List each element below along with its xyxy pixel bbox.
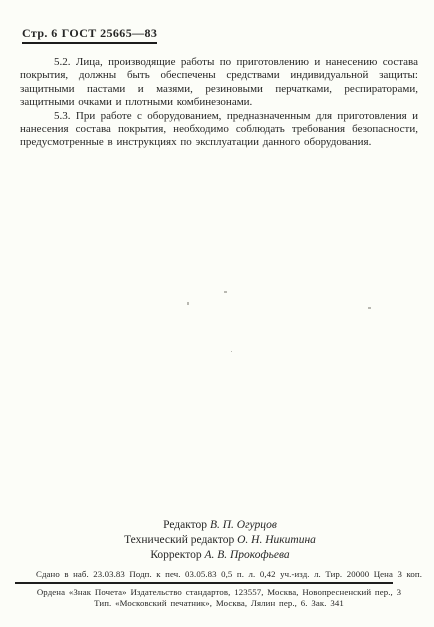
credit-role: Редактор xyxy=(163,519,207,531)
credit-name: О. Н. Никитина xyxy=(237,534,316,546)
scan-speck xyxy=(187,302,189,305)
credit-proofreader: Корректор А. В. Прокофьева xyxy=(20,548,420,563)
credit-editor: Редактор В. П. Огурцов xyxy=(20,518,420,533)
imprint-divider xyxy=(15,582,393,584)
paragraph-5-3: 5.3. При работе с оборудованием, предназ… xyxy=(20,110,418,150)
publisher-line-2: Тип. «Московский печатник», Москва, Ляли… xyxy=(18,598,420,609)
running-head: Стр. 6ГОСТ 25665—83 xyxy=(22,26,157,44)
scan-speck xyxy=(224,291,227,293)
page-number-label: Стр. 6 xyxy=(22,26,58,40)
credit-role: Корректор xyxy=(150,549,201,561)
document-page: Стр. 6ГОСТ 25665—83 5.2. Лица, производя… xyxy=(0,0,434,627)
credit-name: А. В. Прокофьева xyxy=(204,549,289,561)
credits-block: Редактор В. П. Огурцов Технический редак… xyxy=(20,518,420,563)
standard-number: ГОСТ 25665—83 xyxy=(62,26,158,40)
credit-technical-editor: Технический редактор О. Н. Никитина xyxy=(20,533,420,548)
publisher-line-1: Ордена «Знак Почета» Издательство станда… xyxy=(18,587,420,598)
print-imprint-line: Сдано в наб. 23.03.83 Подп. к печ. 03.05… xyxy=(36,569,392,580)
credit-name: В. П. Огурцов xyxy=(210,519,277,531)
scan-speck xyxy=(231,351,232,352)
publisher-block: Ордена «Знак Почета» Издательство станда… xyxy=(18,587,420,609)
body-text: 5.2. Лица, производящие работы по пригот… xyxy=(20,56,418,150)
scan-speck xyxy=(368,307,371,309)
paragraph-5-2: 5.2. Лица, производящие работы по пригот… xyxy=(20,56,418,110)
credit-role: Технический редактор xyxy=(124,534,234,546)
